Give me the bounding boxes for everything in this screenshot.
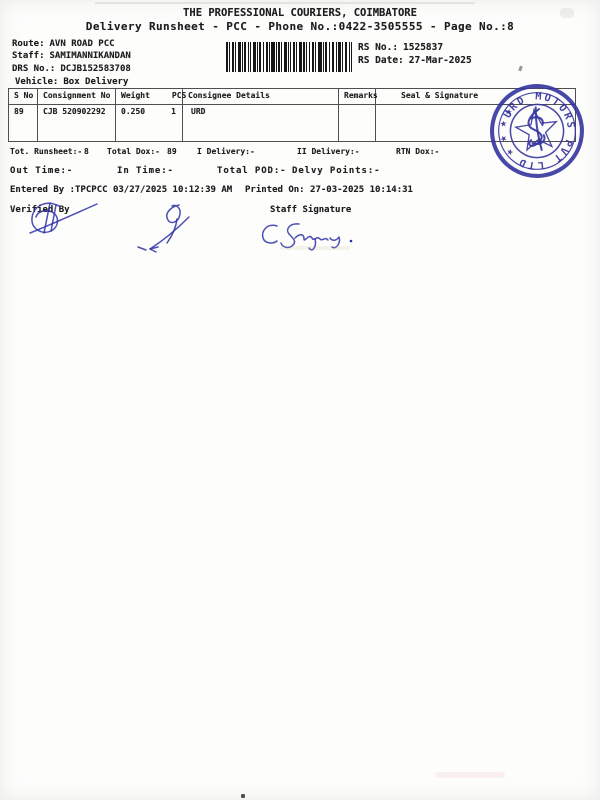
staff-signature: [263, 224, 353, 250]
company-title: THE PROFESSIONAL COURIERS, COIMBATORE: [0, 7, 600, 19]
cell-pcs: 1: [171, 107, 176, 116]
drs-value: DCJB152583708: [60, 64, 130, 74]
rs-date-line: RS Date:27-Mar-2025: [358, 55, 472, 66]
out-time-label: Out Time:-: [10, 166, 73, 176]
in-time-label: In Time:-: [117, 166, 174, 176]
col-header-pcs: PCS: [172, 91, 186, 100]
rs-barcode: [226, 42, 352, 76]
col-header-consignment: Consignment No: [38, 89, 116, 105]
rtn-dox-label: RTN Dox:-: [396, 147, 439, 156]
drs-label: DRS No.:: [12, 64, 55, 74]
total-dox-value: 89: [167, 147, 177, 156]
entered-by-text: Entered By :TPCPCC 03/27/2025 10:12:39 A…: [10, 185, 232, 195]
rs-no-value: 1525837: [403, 42, 443, 53]
vehicle-label: Vehicle:: [15, 77, 58, 87]
total-pod-label: Total POD:-: [217, 166, 287, 176]
i-delivery-label: I Delivery:-: [197, 147, 255, 156]
company-stamp: URD MOTORS PVT LTD ★ ★ ★ ★: [483, 77, 591, 185]
rs-no-line: RS No.:1525837: [358, 42, 443, 53]
verified-by-label: Verified By: [10, 205, 70, 215]
cell-weight-pcs: 0.2501: [116, 105, 183, 142]
tot-runsheet-label: Tot. Runsheet:-: [10, 147, 82, 156]
courier-signature: [138, 205, 189, 252]
staff-value: SAMIMANNIKANDAN: [50, 51, 131, 61]
rs-date-value: 27-Mar-2025: [409, 55, 472, 66]
staff-signature-label: Staff Signature: [270, 205, 351, 215]
col-header-remarks: Remarks: [339, 89, 376, 105]
scan-speck-2: [241, 794, 245, 798]
scan-speck-1: [518, 66, 523, 72]
rs-date-label: RS Date:: [358, 55, 404, 66]
vehicle-line: Vehicle:Box Delivery: [15, 77, 128, 87]
printed-on-text: Printed On: 27-03-2025 10:14:31: [245, 185, 413, 195]
ii-delivery-label: II Delivery:-: [297, 147, 360, 156]
delvy-points-label: Delvy Points:-: [292, 166, 380, 176]
rs-no-label: RS No.:: [358, 42, 398, 53]
runsheet-subtitle: Delivery Runsheet - PCC - Phone No.:0422…: [0, 20, 600, 33]
vehicle-value: Box Delivery: [63, 77, 128, 87]
total-dox-label: Total Dox:-: [107, 147, 160, 156]
drs-line: DRS No.:DCJB152583708: [12, 64, 131, 74]
route-label: Route:: [12, 39, 45, 49]
svg-text:★: ★: [504, 146, 516, 158]
scan-noise-top: [95, 2, 475, 4]
col-header-s-no: S No: [9, 89, 38, 105]
staff-line: Staff:SAMIMANNIKANDAN: [12, 51, 131, 61]
route-value: AVN ROAD PCC: [50, 39, 115, 49]
col-header-weight-pcs: WeightPCS: [116, 89, 183, 105]
svg-text:★: ★: [497, 119, 508, 128]
scan-smudge-2: [435, 772, 505, 778]
cell-weight: 0.250: [121, 107, 145, 116]
route-line: Route:AVN ROAD PCC: [12, 39, 115, 49]
scanned-delivery-runsheet: THE PROFESSIONAL COURIERS, COIMBATORE De…: [0, 0, 600, 800]
cell-remarks: [339, 105, 376, 142]
staff-label: Staff:: [12, 51, 45, 61]
scan-smudge-1: [280, 246, 350, 250]
cell-s-no: 89: [9, 105, 38, 142]
cell-consignee: URD: [183, 105, 339, 142]
cell-consignment: CJB 520902292: [38, 105, 116, 142]
tot-runsheet-value: 8: [84, 147, 89, 156]
col-header-weight: Weight: [121, 91, 150, 100]
col-header-consignee: Consignee Details: [183, 89, 339, 105]
